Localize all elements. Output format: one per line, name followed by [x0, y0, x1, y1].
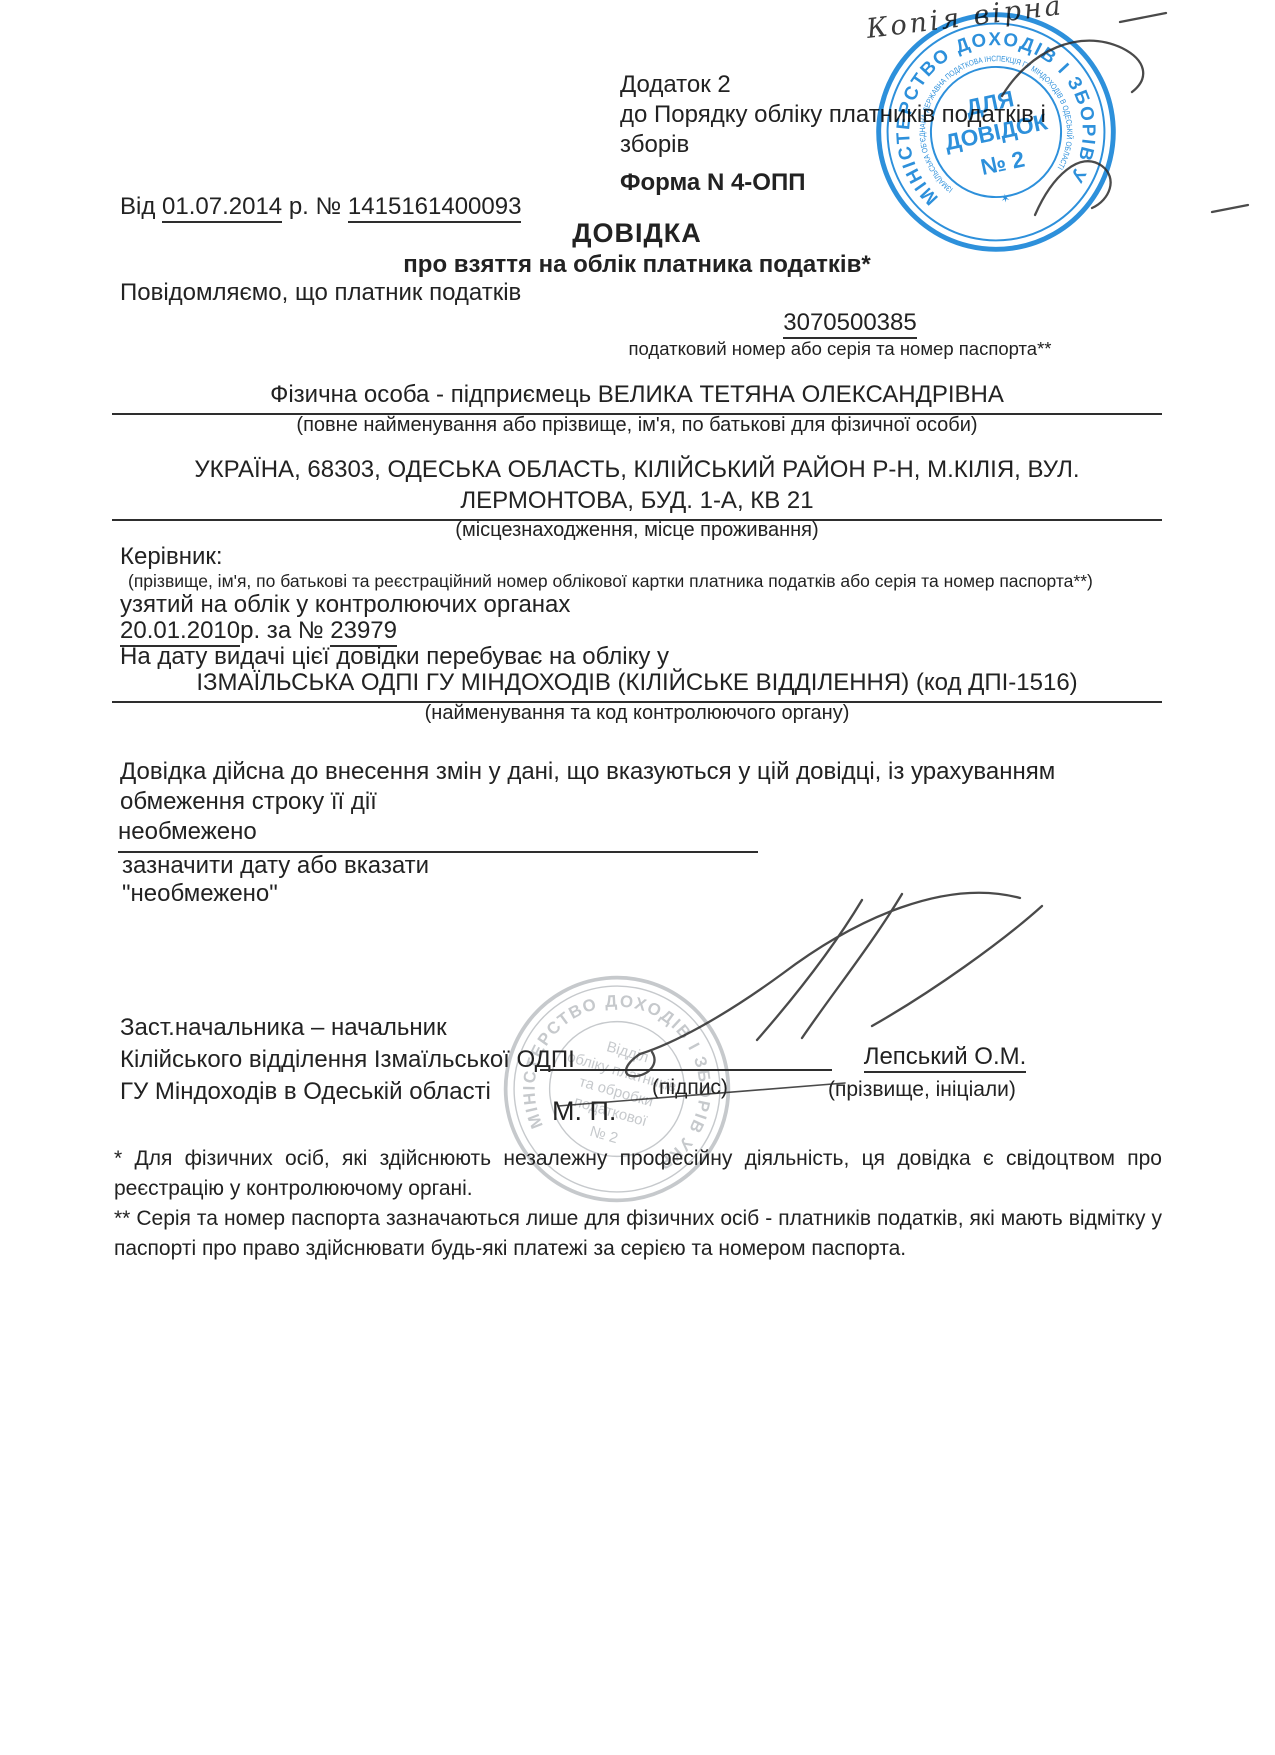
- authority-name: ІЗМАЇЛЬСЬКА ОДПІ ГУ МІНДОХОДІВ (КІЛІЙСЬК…: [112, 668, 1162, 703]
- signature-rule: [540, 1069, 832, 1071]
- authority-caption: (найменування та код контролюючого орган…: [112, 701, 1162, 726]
- validity-line2: обмеження строку її дії: [120, 787, 1160, 817]
- official-position-line2: Кілійського відділення Ізмаїльської ОДПІ: [120, 1044, 640, 1076]
- reg-prefix: Від: [120, 193, 155, 220]
- signature-stroke-2: [872, 906, 1042, 1026]
- handwriting-dash-2: [1212, 205, 1248, 212]
- validity-block: Довідка дійсна до внесення змін у дані, …: [120, 757, 1160, 817]
- handwriting-dash-1: [1120, 13, 1166, 22]
- document-subtitle: про взяття на облік платника податків*: [112, 250, 1162, 280]
- notify-line: Повідомляємо, що платник податків: [120, 278, 521, 308]
- handwriting-note: Копія вірна: [865, 0, 1065, 45]
- signature-stroke-3: [757, 900, 862, 1040]
- document-title: ДОВІДКА: [112, 218, 1162, 249]
- validity-line1: Довідка дійсна до внесення змін у дані, …: [120, 757, 1160, 787]
- official-name-wrap: Лепський О.М.: [840, 1042, 1050, 1072]
- official-name: Лепський О.М.: [864, 1043, 1027, 1073]
- payer-name: Фізична особа - підприємець ВЕЛИКА ТЕТЯН…: [112, 380, 1162, 415]
- validity-value: необмежено: [118, 817, 758, 853]
- official-name-caption: (прізвище, ініціали): [828, 1076, 1016, 1103]
- head-label: Керівник:: [120, 542, 223, 572]
- footnote-1: * Для фізичних осіб, які здійснюють неза…: [114, 1144, 1162, 1204]
- signature-stroke-4: [802, 894, 902, 1038]
- handwriting-stroke-2: [1035, 161, 1111, 215]
- seal-mark: М. П.: [552, 1096, 616, 1127]
- appendix-block: Додаток 2 до Порядку обліку платників по…: [620, 70, 1060, 160]
- reg-middle: р. №: [289, 193, 341, 220]
- tax-number: 3070500385: [783, 309, 916, 339]
- official-position-line1: Заст.начальника – начальник: [120, 1012, 640, 1044]
- address-caption: (місцезнаходження, місце проживання): [112, 518, 1162, 543]
- appendix-line1: Додаток 2: [620, 70, 1060, 100]
- head-caption: (прізвище, ім'я, по батькові та реєстрац…: [128, 570, 1158, 592]
- blue-stamp-separator-icon: ✶: [999, 191, 1011, 206]
- address-line2: ЛЕРМОНТОВА, БУД. 1-А, КВ 21: [112, 486, 1162, 521]
- form-label: Форма N 4-ОПП: [620, 168, 805, 198]
- payer-name-caption: (повне найменування або прізвище, ім'я, …: [112, 413, 1162, 438]
- appendix-line3: зборів: [620, 130, 1060, 160]
- address-line1: УКРАЇНА, 68303, ОДЕСЬКА ОБЛАСТЬ, КІЛІЙСЬ…: [112, 455, 1162, 485]
- tax-number-wrap: 3070500385: [700, 308, 1000, 338]
- validity-hint2: "необмежено": [122, 879, 278, 909]
- appendix-line2: до Порядку обліку платників податків і: [620, 100, 1060, 130]
- validity-hint1: зазначити дату або вказати: [122, 851, 429, 881]
- document-page: Копія вірна Додаток 2 до Порядку обліку …: [0, 0, 1275, 1755]
- tax-number-caption: податковий номер або серія та номер пасп…: [620, 338, 1060, 360]
- signature-stroke-1: [640, 893, 1020, 1054]
- registered-date-suffix: р. за №: [240, 617, 323, 644]
- footnote-2: ** Серія та номер паспорта зазначаються …: [114, 1204, 1162, 1264]
